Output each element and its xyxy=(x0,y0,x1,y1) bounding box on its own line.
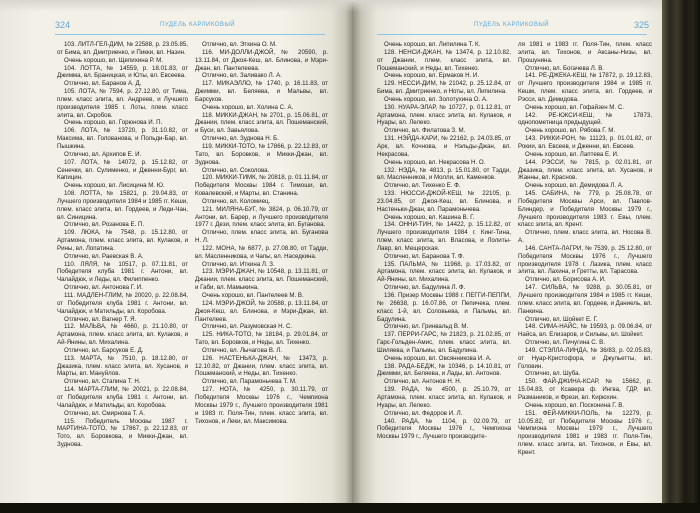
left-page: 324 ПУДЕЛЬ КАРЛИКОВЫЙ 103. ЛИТЛ-ГЕЛ-ДИМ,… xyxy=(0,0,352,503)
rating-line: Отлично, вл. Филатова З. М. xyxy=(377,127,511,135)
rating-line: Очень хорошо, вл. Горюнова И. П. xyxy=(57,119,188,127)
left-header-rule xyxy=(55,34,325,35)
rating-line: Очень хорошо, вл. Ермаков Н. И. xyxy=(377,72,511,80)
entry-paragraph: 104. ЛОТТА, № 14559, р. 18.01.83, от Джи… xyxy=(57,65,188,81)
right-page-header: ПУДЕЛЬ КАРЛИКОВЫЙ 325 xyxy=(352,20,662,34)
entry-paragraph: 151. ФЕЙ-МИККИ-ПОЛЬ, № 12279, р. 10.05.8… xyxy=(518,410,652,457)
entry-paragraph: 134. ОННИ-ТИН, № 14422, р. 15.12.82, от … xyxy=(377,221,511,252)
rating-line: Отлично, вл. Эткина О. М. xyxy=(195,41,328,49)
rating-line: Отлично, вл. Гринвальд В. М. xyxy=(377,323,511,331)
book-page-edges xyxy=(662,0,700,513)
rating-line: Очень хорошо, вл. Посконина Г. В. xyxy=(518,402,652,410)
rating-line: Отлично, плем. класс элита, вл. Буганова… xyxy=(195,229,328,245)
rating-line: Отлично, вл. Бадулина Л. Ф. xyxy=(377,284,511,292)
rating-line: Отлично, вл. Зуднова Н. Б. xyxy=(195,135,328,143)
rating-line: Отлично, вл. Богачева Л. В. xyxy=(518,65,652,73)
entry-paragraph: 143. РИККИ-РОН, № 11123, р. 01.01.82, от… xyxy=(518,135,652,151)
rating-line: Отлично, вл. Антонова Г. И. xyxy=(57,284,188,292)
entry-paragraph: 132. НЭДА, № 4813, р. 15.01.80, от Тэдди… xyxy=(377,167,511,183)
rating-line: Отлично, вл. Розанова Е. П. xyxy=(57,221,188,229)
entry-paragraph: 115. Победитель Москвы 1987 г. МАРТИНА-Т… xyxy=(57,418,188,449)
entry-paragraph: 113. МАРТА, № 7510, р. 18.12.80, от Джаз… xyxy=(57,355,188,379)
entry-paragraph: 131. НЭЙДА-КАРИ, № 22162, р. 24.03.85, о… xyxy=(377,135,511,159)
right-column-2: ля 1981 и 1983 гг. Поля-Тин, плем. класс… xyxy=(518,41,652,457)
entry-paragraph: 133. НЮССИ-ДЖОЙ-КЕШ, № 22105, р. 23.04.8… xyxy=(377,190,511,214)
rating-line: Отлично, вл. Архипов Е. И. xyxy=(57,151,188,159)
left-page-number: 324 xyxy=(55,20,70,30)
entry-paragraph: 140. РАДА, № 1104, р. 02.09.79, от Побед… xyxy=(377,418,511,442)
entry-paragraph: 112. МАЛЬВА, № 4660, р. 21.10.80, от Арт… xyxy=(57,323,188,347)
rating-line: Отлично, вл. Баранов А. Д. xyxy=(57,80,188,88)
entry-paragraph: 128. НЕНСИ-ДЖАН, № 13474, р. 12.10.82, о… xyxy=(377,49,511,73)
entry-paragraph: 108. ЛОТТА, № 15821, р. 29.04.83, от Луч… xyxy=(57,190,188,221)
left-column-2: Отлично, вл. Эткина О. М.116. МИ-ДОЛЛИ-Д… xyxy=(195,41,328,425)
entry-paragraph: 118. МИККИ-ДЖАН, № 2701, р. 15.06.81, от… xyxy=(195,112,328,136)
rating-line: Очень хорошо, вл. Лаптева Е. И. xyxy=(518,151,652,159)
rating-line: Очень хорошо, вл. Гофайзен М. С. xyxy=(518,104,652,112)
entry-paragraph: 137. ПЕРРИ-ГАРС, № 21823, р. 21.02.85, о… xyxy=(377,331,511,355)
scan-bottom-edge xyxy=(0,503,700,513)
rating-line: Очень хорошо, вл. Демидова Л. А. xyxy=(518,182,652,190)
right-running-title: ПУДЕЛЬ КАРЛИКОВЫЙ xyxy=(474,22,549,28)
entry-paragraph: 119. МИККИ-ТОТО, № 17866, р. 22.12.83, о… xyxy=(195,143,328,167)
entry-paragraph: 106. ЛОТА, № 13720, р. 31.10.82, от Макс… xyxy=(57,127,188,151)
entry-paragraph: 142. РЕ-ЮКСИ-КЕШ, № 17873, однопометница… xyxy=(518,112,652,128)
entry-paragraph: 136. Призер Москвы 1988 г. ПЕГГИ-ПЕППИ, … xyxy=(377,292,511,323)
entry-paragraph: 150. ФАЙ-ДЖИНА-КСАР, № 15662, р. 15.04.8… xyxy=(518,378,652,402)
entry-paragraph: 127. НОТА, № 4250, р. 30.11.79, от Побед… xyxy=(195,386,328,425)
entry-paragraph: 124. МЭРИ-ДЖОЙ, № 20588, р. 13.11.84, от… xyxy=(195,300,328,324)
rating-line: Отлично, вл. Коломиец. xyxy=(195,198,328,206)
right-page-number: 325 xyxy=(634,20,649,30)
rating-line: Отлично, вл. Заливако Л. А. xyxy=(195,72,328,80)
entry-paragraph: 149. СТЭЛЛА-ЛИНДА, № 36/83, р. 02.05.83,… xyxy=(518,347,652,371)
entry-paragraph: 123. МЭРИ-ДЖАН, № 10548, р. 13.11.81, от… xyxy=(195,268,328,292)
left-page-header: 324 ПУДЕЛЬ КАРЛИКОВЫЙ xyxy=(0,20,352,34)
entry-paragraph: 105. ЛОТА, № 7594, р. 27.12.80, от Тима,… xyxy=(57,88,188,119)
rating-line: Отлично, вл. Борисова А. И. xyxy=(518,276,652,284)
rating-line: Отлично, вл. Вагнер Т. Я. xyxy=(57,316,188,324)
right-header-rule xyxy=(377,34,647,35)
rating-line: Очень хорошо, вл. Рябова Г. М. xyxy=(518,127,652,135)
rating-line: Отлично, вл. Пичугина С. В. xyxy=(518,339,652,347)
rating-line: ля 1981 и 1983 гг. Поля-Тин, плем. класс… xyxy=(518,41,652,65)
rating-line: Отлично, вл. Стапина Т. Н. xyxy=(57,378,188,386)
right-page: ПУДЕЛЬ КАРЛИКОВЫЙ 325 Очень хорошо, вл. … xyxy=(352,0,662,503)
entry-paragraph: 148. СИМА-НАЙС, № 19593, р. 09.06.84, от… xyxy=(518,323,652,339)
rating-line: Отлично, вл. Федоров И. Л. xyxy=(377,410,511,418)
entry-paragraph: 126. НАСТЕНЬКА-ДЖАН, № 13473, р. 12.10.8… xyxy=(195,355,328,379)
scan-top-shadow xyxy=(0,0,662,12)
entry-paragraph: 121. МИЛЯНА-БУГ, № 3824, р. 06.10.79, от… xyxy=(195,206,328,230)
entry-paragraph: 139. РАДА, № 4500, р. 25.10.79, от Артам… xyxy=(377,386,511,410)
rating-line: Отлично, вл. Раевская В. А. xyxy=(57,253,188,261)
rating-line: Очень хорошо, вл. Золотухина О. А. xyxy=(377,96,511,104)
entry-paragraph: 122. МОНА, № 6877, р. 27.08.80, от Тэдди… xyxy=(195,245,328,261)
entry-paragraph: 116. МИ-ДОЛЛИ-ДЖОЙ, № 20590, р. 13.11.84… xyxy=(195,49,328,73)
entry-paragraph: 144. РЭССИ, № 7815, р. 02.01.81, от Джаз… xyxy=(518,159,652,183)
entry-paragraph: 117. МИКАЭЛЛО, № 1740, р. 16.11.83, от Д… xyxy=(195,80,328,104)
book-spread: 324 ПУДЕЛЬ КАРЛИКОВЫЙ 103. ЛИТЛ-ГЕЛ-ДИМ,… xyxy=(0,0,700,513)
entry-paragraph: 107. ЛОТА, № 14072, р. 15.12.82, от Сене… xyxy=(57,159,188,183)
rating-line: Очень хорошо, вл. Липилина Т. К. xyxy=(377,41,511,49)
entry-paragraph: 109. ЛЮКА, № 7548, р. 15.12.80, от Артам… xyxy=(57,229,188,253)
entry-paragraph: 110. ЛЯЛЯ, № 10517, р. 07.11.81, от Побе… xyxy=(57,261,188,285)
rating-line: Очень хорошо, вл. Лисицина М. Ю. xyxy=(57,182,188,190)
rating-line: Отлично, вл. Антонов Н. Н. xyxy=(377,378,511,386)
entry-paragraph: 135. ПАЛЬМА, № 11968, р. 17.03.82, от Ар… xyxy=(377,261,511,285)
entry-paragraph: 103. ЛИТЛ-ГЕЛ-ДИМ, № 22588, р. 23.05.85,… xyxy=(57,41,188,57)
entry-paragraph: 120. МИККИ-ТИМК, № 20818, р. 01.11.84, о… xyxy=(195,174,328,198)
rating-line: Очень хорошо, вл. Щепихина Р. М. xyxy=(57,57,188,65)
entry-paragraph: 146. САНТА-ЛАГРИ, № 7539, р. 25.12.80, о… xyxy=(518,245,652,276)
rating-line: Отлично, вл. Смирнова Т. А. xyxy=(57,410,188,418)
rating-line: Очень хорошо, вл. Овсянникова И. А. xyxy=(377,355,511,363)
rating-line: Отлично, вл. Парамоньчева Т. М. xyxy=(195,378,328,386)
entry-paragraph: 114. МАРТА-ГЛИМ, № 20021, р. 22.08.84, о… xyxy=(57,386,188,410)
rating-line: Очень хорошо, вл. Холина С. А. xyxy=(195,104,328,112)
rating-line: Отлично, вл. Лычагова В. Л. xyxy=(195,347,328,355)
rating-line: Отлично, вл. Разумовская Н. С. xyxy=(195,323,328,331)
entry-paragraph: 111. МАДЛЕН-ГЛИМ, № 20020, р. 22.08.84, … xyxy=(57,292,188,316)
entry-paragraph: 147. СИЛЬВА, № 9288, р. 30.05.81, от Луч… xyxy=(518,284,652,315)
rating-line: Очень хорошо, вл. Некрасова Н. О. xyxy=(377,159,511,167)
left-running-title: ПУДЕЛЬ КАРЛИКОВЫЙ xyxy=(160,22,235,28)
entry-paragraph: 138. РАДА-БЕДЖ, № 10346, р. 14.10.81, от… xyxy=(377,363,511,379)
rating-line: Очень хорошо, вл. Пантелеев М. В. xyxy=(195,292,328,300)
entry-paragraph: 141. РЕ-ДЖЕКА-КЕШ, № 17872, р. 19.12.83,… xyxy=(518,72,652,103)
rating-line: Отлично, вл. Баранова Т. Ф. xyxy=(377,253,511,261)
entry-paragraph: 130. НУАРА-ЭЛАР, № 10727, р. 01.12.81, о… xyxy=(377,104,511,128)
right-column-1: Очень хорошо, вл. Липилина Т. К.128. НЕН… xyxy=(377,41,511,441)
left-column-1: 103. ЛИТЛ-ГЕЛ-ДИМ, № 22588, р. 23.05.85,… xyxy=(57,41,188,449)
rating-line: Очень хорошо, вл. Кашина В. Г. xyxy=(377,214,511,222)
rating-line: Отлично, вл. Соколова. xyxy=(195,167,328,175)
rating-line: Отлично, вл. Барсуков Е. Д. xyxy=(57,347,188,355)
entry-paragraph: 125. НИКА-ТОТО, № 18184, р. 29.01.84, от… xyxy=(195,331,328,347)
rating-line: Отлично, вл. Тихенко Е. Ф. xyxy=(377,182,511,190)
rating-line: Отлично, вл. Иткина Л. З. xyxy=(195,261,328,269)
entry-paragraph: 145. САБИНА, № 779, р. 25.08.78, от Побе… xyxy=(518,190,652,229)
rating-line: Отлично, плем. класс элита, вл. Носова В… xyxy=(518,229,652,245)
entry-paragraph: 129. НЕССИ-ДИМ, № 21042, р. 25.12.84, от… xyxy=(377,80,511,96)
